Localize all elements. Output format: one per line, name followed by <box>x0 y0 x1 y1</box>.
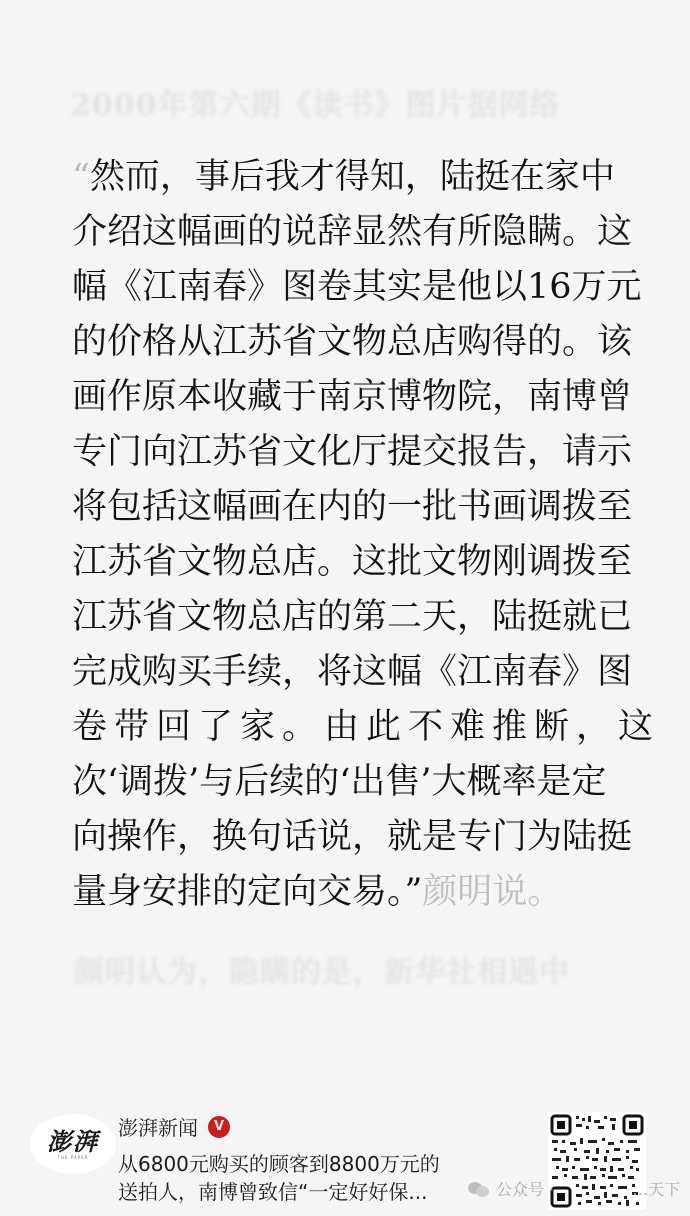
article-line-8: 江苏省文物总店。这批文物刚调拨至 <box>72 535 628 590</box>
article-line-14: 量身安排的定向交易。”颜明说。 <box>72 865 628 920</box>
logo-mark: 澎湃 <box>47 1129 99 1155</box>
article-line-10: 完成购买手续，将这幅《江南春》图 <box>72 645 628 700</box>
faded-caption-top: 2000年第六期《读书》图片据网络 <box>70 86 630 126</box>
article-body: “然而，事后我才得知，陆挺在家中 介绍这幅画的说辞显然有所隐瞒。这 幅《江南春》… <box>72 150 628 920</box>
article-line-7: 将包括这幅画在内的一批书画调拨至 <box>72 480 628 535</box>
source-row: 澎湃新闻 V <box>118 1112 230 1141</box>
article-line-11: 卷带回了家。由此不难推断，这 <box>72 700 628 755</box>
article-line-1: “然而，事后我才得知，陆挺在家中 <box>72 150 628 205</box>
article-line-6: 专门向江苏省文化厅提交报告，请示 <box>72 425 628 480</box>
article-headline[interactable]: 从6800元购买的顾客到8800万元的 送拍人，南博曾致信“一定好好保... <box>118 1150 518 1206</box>
source-logo: 澎湃 THE PAPER <box>30 1114 116 1174</box>
verified-badge-icon: V <box>208 1116 230 1138</box>
faded-caption-bottom: 颜明认为，隐瞒的是，新华社相遇中 <box>74 953 634 993</box>
headline-line-1: 从6800元购买的顾客到8800万元的 <box>118 1150 518 1178</box>
share-card[interactable]: 澎湃 THE PAPER 澎湃新闻 V 从6800元购买的顾客到8800万元的 … <box>0 1100 690 1216</box>
attribution: 颜明说。 <box>422 872 562 912</box>
source-name[interactable]: 澎湃新闻 <box>118 1112 198 1141</box>
article-line-12: 次‘调拨’与后续的‘出售’大概率是定 <box>72 755 628 810</box>
article-line-4: 的价格从江苏省文物总店购得的。该 <box>72 315 628 370</box>
article-line-3: 幅《江南春》图卷其实是他以16万元 <box>72 260 628 315</box>
article-line-5: 画作原本收藏于南京博物院，南博曾 <box>72 370 628 425</box>
open-quote-mark: “ <box>72 157 90 197</box>
watermark-account: …天下 <box>632 1177 680 1200</box>
article-line-13: 向操作，换句话说，就是专门为陆挺 <box>72 810 628 865</box>
watermark-label: 公众号 · <box>496 1177 554 1200</box>
wechat-icon <box>468 1180 490 1198</box>
headline-line-2: 送拍人，南博曾致信“一定好好保... <box>118 1178 518 1206</box>
logo-subtext: THE PAPER <box>58 1155 89 1160</box>
wechat-watermark: 公众号 · …天下 <box>468 1177 680 1200</box>
article-line-2: 介绍这幅画的说辞显然有所隐瞒。这 <box>72 205 628 260</box>
article-line-9: 江苏省文物总店的第二天，陆挺就已 <box>72 590 628 645</box>
